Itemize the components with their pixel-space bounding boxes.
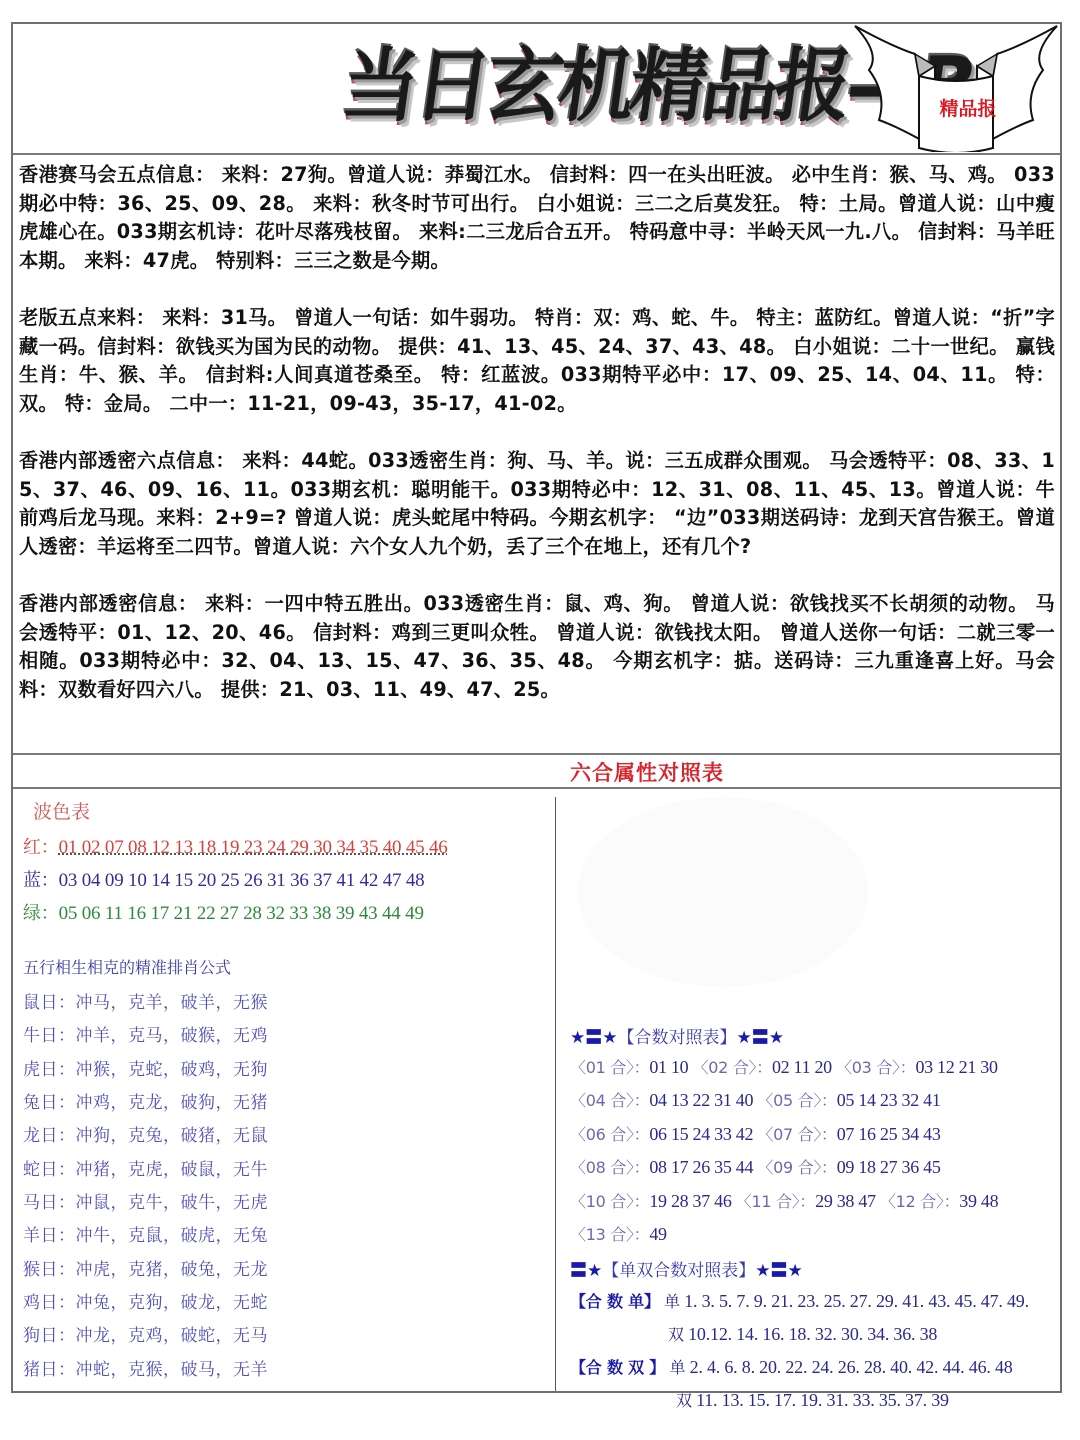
section-title-bar: 六合属性对照表	[13, 755, 1060, 789]
heshu-row: 〈04 合〉：04 13 22 31 40 〈05 合〉：05 14 23 32…	[570, 1088, 941, 1111]
wuxing-row: 牛日：冲羊，克马，破猴，无鸡	[23, 1021, 268, 1046]
wuxing-row: 兔日：冲鸡，克龙，破狗，无猪	[23, 1088, 268, 1113]
he-dan-odd-nums: 1. 3. 5. 7. 9. 21. 23. 25. 27. 29. 41. 4…	[684, 1291, 1029, 1311]
heshu-tag: 〈10 合〉：	[570, 1192, 649, 1211]
heshu-tag: 〈08 合〉：	[570, 1158, 649, 1177]
wuxing-row: 猪日：冲蛇，克猴，破马，无羊	[23, 1355, 268, 1380]
wuxing-row: 猴日：冲虎，克猪，破兔，无龙	[23, 1255, 268, 1280]
heshu-tag: 〈06 合〉：	[570, 1125, 649, 1144]
heshu-tag: 〈13 合〉：	[570, 1225, 649, 1244]
paragraph-hk-inside: 香港内部透密信息： 来料：一四中特五胜出。033透密生肖：鼠、鸡、狗。 曾道人说…	[19, 590, 1055, 705]
heshu-nums: 03 12 21 30	[915, 1057, 997, 1077]
heshu-row: 〈08 合〉：08 17 26 35 44 〈09 合〉：09 18 27 36…	[570, 1155, 941, 1178]
paragraph-old-five: 老版五点来料： 来料：31马。 曾道人一句话：如牛弱功。 特肖：双：鸡、蛇、牛。…	[19, 304, 1055, 419]
he-shuang-row-even: 双 11. 13. 15. 17. 19. 31. 33. 35. 37. 39	[676, 1388, 949, 1411]
dan-label: 单	[669, 1358, 685, 1377]
heshu-nums: 04 13 22 31 40	[649, 1090, 753, 1110]
heshu-title: ★〓★【合数对照表】★〓★	[570, 1023, 784, 1048]
heshu-row: 〈10 合〉：19 28 37 46 〈11 合〉：29 38 47 〈12 合…	[570, 1189, 998, 1212]
wave-numbers-red: 01 02 07 08 12 13 18 19 23 24 29 30 34 3…	[59, 837, 448, 858]
heshu-nums: 09 18 27 36 45	[837, 1157, 941, 1177]
dan-label: 单	[664, 1292, 680, 1311]
heshu-nums: 39 48	[959, 1191, 998, 1211]
heshu-nums: 02 11 20	[772, 1057, 832, 1077]
heshu-nums: 49	[649, 1224, 666, 1244]
star-decoration-icon: ★〓★	[570, 1028, 617, 1048]
wave-label-blue: 蓝：	[23, 870, 59, 891]
he-dan-even-nums: 10.12. 14. 16. 18. 32. 30. 34. 36. 38	[688, 1324, 937, 1344]
heshu-nums: 01 10	[649, 1057, 688, 1077]
shuang-label: 双	[668, 1325, 684, 1344]
wuxing-row: 鼠日：冲马，克羊，破羊，无猴	[23, 988, 268, 1013]
shuang-label: 双	[676, 1391, 692, 1410]
heshu-tag: 〈04 合〉：	[570, 1091, 649, 1110]
star-decoration-icon: ★〓★	[755, 1261, 802, 1281]
he-shuang-even-nums: 11. 13. 15. 17. 19. 31. 33. 35. 37. 39	[696, 1390, 949, 1410]
danshuang-title: 〓★【单双合数对照表】★〓★	[570, 1256, 803, 1281]
heshu-tag: 〈07 合〉：	[757, 1125, 836, 1144]
wave-row-green: 绿：05 06 11 16 17 21 22 27 28 32 33 38 39…	[23, 899, 424, 925]
wave-row-red: 红：01 02 07 08 12 13 18 19 23 24 29 30 34…	[23, 833, 448, 859]
wuxing-title: 五行相生相克的精准排肖公式	[23, 955, 231, 978]
wuxing-row: 龙日：冲狗，克兔，破猪，无鼠	[23, 1121, 268, 1146]
heshu-tag: 〈12 合〉：	[880, 1192, 959, 1211]
heshu-row: 〈06 合〉：06 15 24 33 42 〈07 合〉：07 16 25 34…	[570, 1122, 941, 1145]
wuxing-row: 蛇日：冲猪，克虎，破鼠，无牛	[23, 1155, 268, 1180]
star-decoration-icon: ★〓★	[736, 1028, 783, 1048]
heshu-tag: 〈11 合〉：	[736, 1192, 815, 1211]
paragraph-hk-inside-six: 香港内部透密六点信息： 来料：44蛇。033透密生肖：狗、马、羊。说：三五成群众…	[19, 447, 1055, 562]
wave-label-red: 红：	[23, 837, 59, 858]
heshu-nums: 08 17 26 35 44	[649, 1157, 753, 1177]
heshu-nums: 07 16 25 34 43	[837, 1124, 941, 1144]
wave-table-title: 波色表	[33, 797, 90, 824]
heshu-title-text: 【合数对照表】	[617, 1028, 736, 1048]
heshu-row: 〈01 合〉：01 10 〈02 合〉：02 11 20 〈03 合〉：03 1…	[570, 1055, 998, 1078]
star-decoration-icon: 〓★	[570, 1261, 602, 1281]
attribute-tables: 波色表 红：01 02 07 08 12 13 18 19 23 24 29 3…	[13, 789, 1060, 1391]
scroll-label: 精品报	[928, 94, 1008, 121]
wave-numbers-green: 05 06 11 16 17 21 22 27 28 32 33 38 39 4…	[59, 903, 424, 924]
heshu-tag: 〈05 合〉：	[757, 1091, 836, 1110]
heshu-tag: 〈09 合〉：	[757, 1158, 836, 1177]
left-column: 波色表 红：01 02 07 08 12 13 18 19 23 24 29 3…	[13, 789, 553, 1391]
he-shuang-row-odd: 【合 数 双 】 单 2. 4. 6. 8. 20. 22. 24. 26. 2…	[570, 1355, 1013, 1378]
heshu-tag: 〈03 合〉：	[836, 1058, 915, 1077]
heshu-nums: 29 38 47	[815, 1191, 876, 1211]
wuxing-row: 狗日：冲龙，克鸡，破蛇，无马	[23, 1321, 268, 1346]
right-column: ★〓★【合数对照表】★〓★ 〈01 合〉：01 10 〈02 合〉：02 11 …	[556, 789, 1064, 1391]
wave-label-green: 绿：	[23, 903, 59, 924]
wave-row-blue: 蓝：03 04 09 10 14 15 20 25 26 31 36 37 41…	[23, 866, 424, 892]
section-title: 六合属性对照表	[570, 757, 724, 787]
wuxing-row: 羊日：冲牛，克鼠，破虎，无兔	[23, 1221, 268, 1246]
faded-watermark	[578, 797, 868, 987]
wave-numbers-blue: 03 04 09 10 14 15 20 25 26 31 36 37 41 4…	[59, 870, 425, 891]
wuxing-row: 虎日：冲猴，克蛇，破鸡，无狗	[23, 1055, 268, 1080]
he-dan-row-odd: 【合 数 单】 单 1. 3. 5. 7. 9. 21. 23. 25. 27.…	[570, 1289, 1029, 1312]
heshu-nums: 05 14 23 32 41	[837, 1090, 941, 1110]
he-dan-tag: 【合 数 单】	[570, 1292, 660, 1311]
wuxing-row: 鸡日：冲兔，克狗，破龙，无蛇	[23, 1288, 268, 1313]
page-frame: 当日玄机精品报—B 精品报 香港赛马会五点信息： 来料：27狗。曾道人说：莽蜀江…	[11, 22, 1062, 1393]
heshu-tag: 〈01 合〉：	[570, 1058, 649, 1077]
info-section: 香港赛马会五点信息： 来料：27狗。曾道人说：莽蜀江水。 信封料：四一在头出旺波…	[13, 155, 1060, 755]
paragraph-hk-jockey-five: 香港赛马会五点信息： 来料：27狗。曾道人说：莽蜀江水。 信封料：四一在头出旺波…	[19, 161, 1055, 276]
heshu-row: 〈13 合〉：49	[570, 1222, 667, 1245]
he-shuang-tag: 【合 数 双 】	[570, 1358, 665, 1377]
danshuang-title-text: 【单双合数对照表】	[602, 1261, 755, 1281]
header-banner: 当日玄机精品报—B 精品报	[13, 24, 1060, 155]
wuxing-row: 马日：冲鼠，克牛，破牛，无虎	[23, 1188, 268, 1213]
heshu-nums: 06 15 24 33 42	[649, 1124, 753, 1144]
he-shuang-odd-nums: 2. 4. 6. 8. 20. 22. 24. 26. 28. 40. 42. …	[690, 1357, 1013, 1377]
heshu-nums: 19 28 37 46	[649, 1191, 731, 1211]
scroll-graphic-icon	[851, 24, 1061, 152]
heshu-tag: 〈02 合〉：	[693, 1058, 772, 1077]
he-dan-row-even: 双 10.12. 14. 16. 18. 32. 30. 34. 36. 38	[668, 1322, 937, 1345]
